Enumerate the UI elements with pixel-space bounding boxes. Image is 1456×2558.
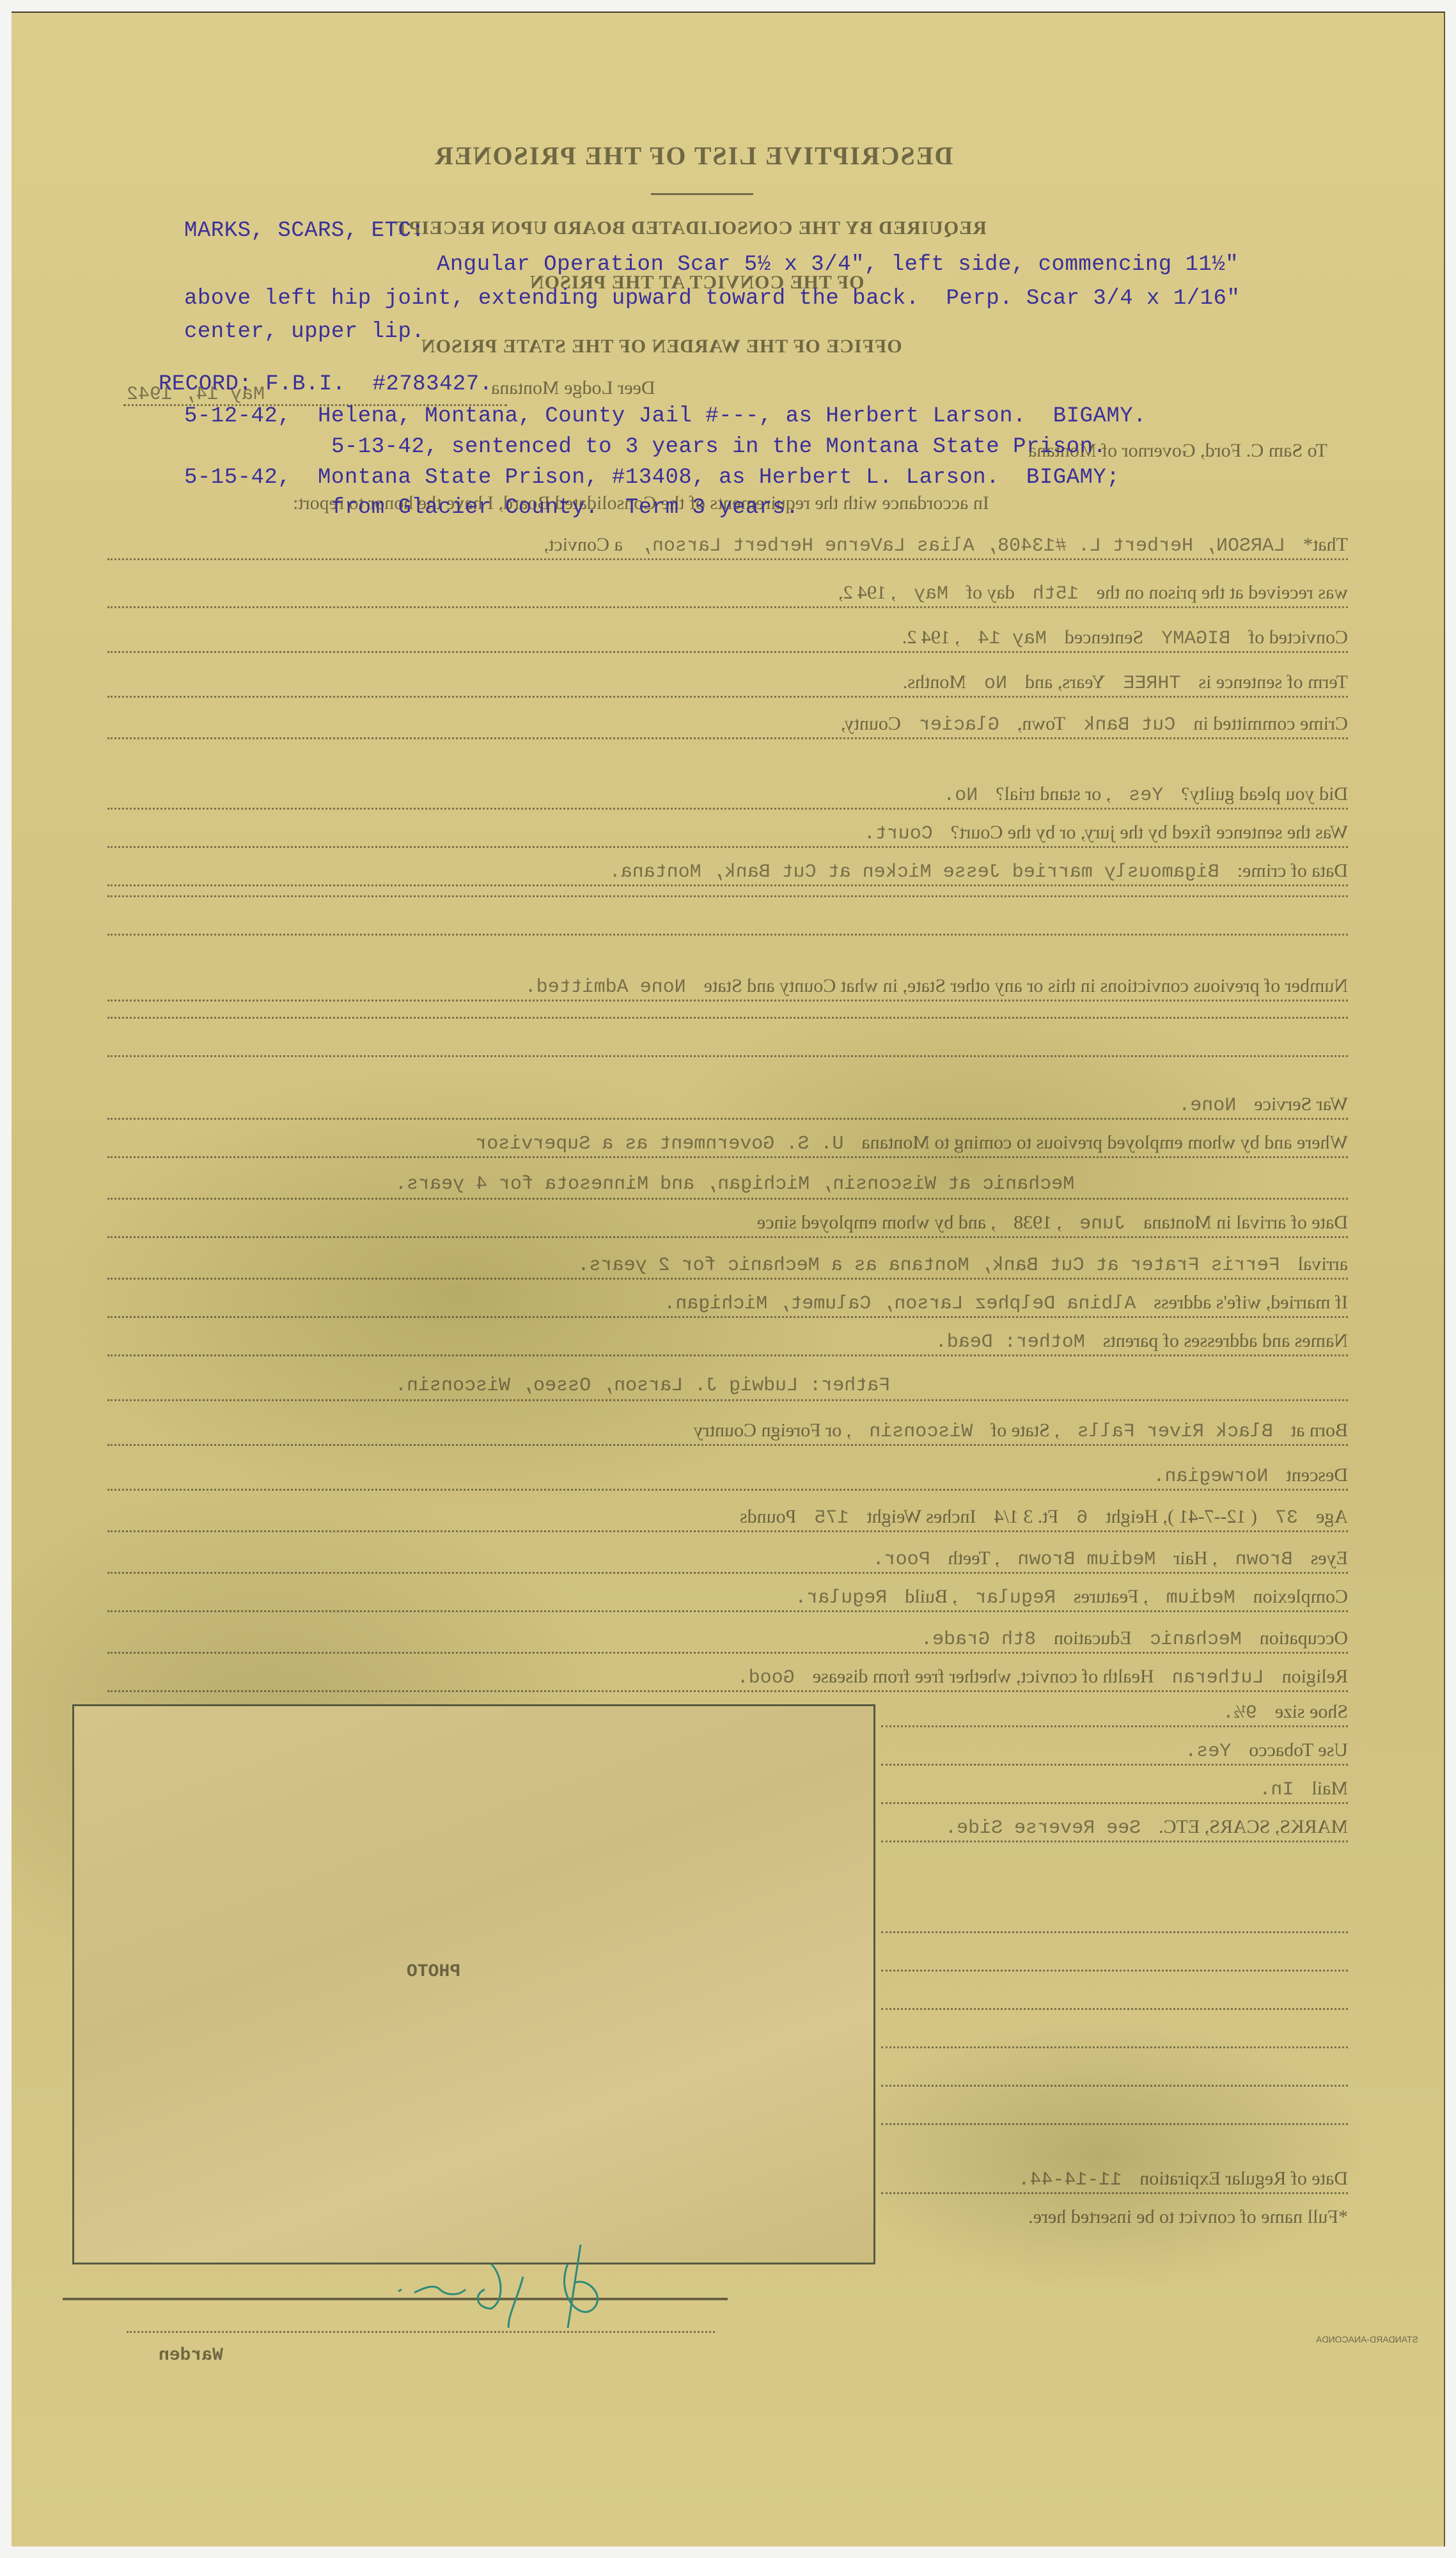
form-label: Born at <box>1291 1420 1348 1441</box>
form-value: LARSON, Herbert L. #13408, Alias LaVerne… <box>641 535 1285 557</box>
form-label: Was the sentence fixed by the jury, or b… <box>951 822 1348 844</box>
form-title: DESCRIPTIVE LIST OF THE PRISONER <box>434 141 953 171</box>
form-label: That* <box>1303 534 1348 556</box>
form-value: Good. <box>737 1667 795 1689</box>
form-value: None. <box>1178 1095 1236 1117</box>
form-value: Court. <box>864 823 933 845</box>
form-label: MARKS, SCARS, ETC. <box>1159 1816 1348 1838</box>
form-value: May 14 <box>978 628 1047 650</box>
form-value: In. <box>1259 1779 1294 1801</box>
warden-signature <box>312 2238 632 2328</box>
form-label: Did you plead guilty? <box>1181 783 1348 805</box>
form-value: 37 <box>1275 1507 1298 1529</box>
form-value: Albina Delphez Larson, Calumet, Michigan… <box>664 1293 1136 1315</box>
record-line-2: 5-13-42, sentenced to 3 years in the Mon… <box>331 435 1106 459</box>
form-value: Medium Brown <box>1017 1549 1155 1571</box>
form-row: Did you plead guilty?Yes, or stand trial… <box>107 783 1348 806</box>
form-value: Regular. <box>795 1587 887 1609</box>
form-value: May <box>914 583 948 605</box>
form-value: June <box>1079 1213 1125 1235</box>
form-value: 15th <box>1033 583 1079 605</box>
form-row: OccupationMechanicEducation8th Grade. <box>107 1628 1348 1651</box>
form-row: Where and by whom employed previous to c… <box>107 1132 1348 1155</box>
form-value: Regular <box>975 1587 1056 1609</box>
photo-label: PHOTO <box>407 1962 460 1982</box>
form-row: Was the sentence fixed by the jury, or b… <box>107 822 1348 845</box>
record-line-1: 5-12-42, Helena, Montana, County Jail #-… <box>184 404 1147 428</box>
form-row: was received at the prison on the15thday… <box>107 582 1348 605</box>
printer-mark: STANDARD-ANACONDA <box>1316 2334 1418 2344</box>
form-label: Where and by whom employed previous to c… <box>861 1132 1348 1154</box>
form-label: *Full name of convict to be inserted her… <box>1028 2206 1348 2228</box>
form-value: Brown <box>1235 1549 1293 1571</box>
form-label: Inches Weight <box>866 1506 976 1528</box>
form-row: Age37( 12--7-41 ), Height6Ft. 3 1/4Inche… <box>107 1506 1348 1529</box>
form-row: ComplexionMedium, FeaturesRegular, Build… <box>107 1586 1348 1609</box>
form-row: DescentNorwegian. <box>107 1464 1348 1487</box>
form-label: Education <box>1054 1628 1132 1649</box>
form-label: , 194 2. <box>902 627 960 648</box>
form-label: , Teeth <box>948 1548 1000 1569</box>
form-row: ReligionLutheranHealth of convict, wheth… <box>107 1666 1348 1689</box>
form-label: Names and addresses of parents <box>1103 1330 1348 1352</box>
form-label: day of <box>966 582 1015 604</box>
form-label: arrival <box>1298 1253 1348 1275</box>
form-row: EyesBrown, HairMedium Brown, TeethPoor. <box>107 1548 1348 1571</box>
record-line-4: from Glacier County. Term 3 years. <box>331 496 799 520</box>
form-value: Norwegian. <box>1153 1466 1268 1487</box>
form-row: That*LARSON, Herbert L. #13408, Alias La… <box>107 534 1348 557</box>
form-subheader-1: REQUIRED BY THE CONSOLIDATED BOARD UPON … <box>395 217 987 239</box>
form-label: Eyes <box>1311 1548 1348 1569</box>
form-value: THREE <box>1123 673 1180 694</box>
form-row: arrivalFerris Frater at Cut Bank, Montan… <box>107 1253 1348 1276</box>
form-label: , and by whom employed since <box>757 1212 996 1234</box>
form-label: Shoe size <box>1275 1701 1348 1723</box>
form-value: Ferris Frater at Cut Bank, Montana as a … <box>578 1255 1280 1276</box>
marks-line-2: above left hip joint, extending upward t… <box>184 286 1240 311</box>
form-value: Lutheran <box>1172 1667 1264 1689</box>
form-value: Cut Bank <box>1083 714 1175 736</box>
form-value: 8th Grade. <box>921 1629 1036 1651</box>
photo-box: PHOTO <box>72 1704 875 2264</box>
form-value: Glacier <box>919 714 999 736</box>
form-value: Medium <box>1166 1587 1235 1609</box>
form-label: , 194 2, <box>838 582 896 604</box>
form-label: Complexion <box>1253 1586 1348 1608</box>
form-row: Date of Regular Expiration11-14-44. <box>881 2168 1348 2191</box>
form-row: War ServiceNone. <box>107 1094 1348 1117</box>
form-row: Shoe size9½. <box>881 1701 1348 1724</box>
form-row: Names and addresses of parentsMother: De… <box>107 1330 1348 1353</box>
form-row: Born atBlack River Falls, State ofWiscon… <box>107 1420 1348 1443</box>
form-label: Years, and <box>1025 671 1105 693</box>
form-label: , Build <box>905 1586 957 1608</box>
form-label: , or stand trial? <box>996 783 1111 805</box>
form-value: 6 <box>1076 1507 1088 1529</box>
form-value: Yes <box>1129 785 1163 806</box>
form-label: Religion <box>1282 1666 1348 1688</box>
form-label: If married, wife's address <box>1154 1292 1348 1314</box>
marks-heading: MARKS, SCARS, ETC: <box>184 219 425 243</box>
form-label: Health of convict, whether free from dis… <box>813 1666 1154 1688</box>
form-label: ( 12--7-41 ), Height <box>1106 1506 1257 1528</box>
title-rule <box>651 193 753 195</box>
form-label: , State of <box>990 1420 1059 1441</box>
form-value: Wisconsin <box>869 1421 973 1443</box>
record-line-3: 5-15-42, Montana State Prison, #13408, a… <box>184 466 1120 490</box>
form-label: Pounds <box>740 1506 796 1528</box>
form-value-line2: Father: Ludwig J. Larson, Osseo, Wiscons… <box>395 1375 890 1397</box>
form-value: 11-14-44. <box>1018 2169 1122 2191</box>
form-value: Black River Falls <box>1077 1421 1273 1443</box>
form-row: Crime committed inCut BankTown,GlacierCo… <box>107 713 1348 736</box>
form-label: Date of Regular Expiration <box>1139 2168 1348 2190</box>
form-label: Use Tobacco <box>1249 1739 1348 1761</box>
document-sheet: DESCRIPTIVE LIST OF THE PRISONER REQUIRE… <box>12 12 1445 2546</box>
form-label: a Convict, <box>544 534 623 556</box>
form-label: Age <box>1316 1506 1348 1528</box>
record-heading: RECORD: F.B.I. #2783427. <box>159 372 493 396</box>
form-row: *Full name of convict to be inserted her… <box>881 2206 1348 2228</box>
form-value: 175 <box>814 1507 849 1529</box>
form-value: Bigamously married Jesse Micken at Cut B… <box>609 861 1219 883</box>
form-value: See Reverse Side. <box>945 1817 1141 1839</box>
form-row: MARKS, SCARS, ETC.See Reverse Side. <box>881 1816 1348 1839</box>
form-label: Occupation <box>1260 1628 1348 1649</box>
form-label: Ft. 3 1/4 <box>994 1506 1059 1528</box>
form-row: Date of arrival in MontanaJune, 1938, an… <box>107 1212 1348 1235</box>
form-label: was received at the prison on the <box>1097 582 1348 604</box>
form-label: , 1938 <box>1014 1212 1061 1234</box>
form-label: Months. <box>903 671 966 693</box>
form-label: War Service <box>1254 1094 1348 1115</box>
form-value: BIGAMY <box>1161 628 1230 650</box>
form-label: Date of arrival in Montana <box>1143 1212 1348 1234</box>
marks-line-3: center, upper lip. <box>184 320 425 344</box>
form-value: Yes. <box>1185 1741 1231 1762</box>
place-date: Deer Lodge Montana <box>491 377 655 399</box>
form-row: Term of sentence isTHREEYears, andNoMont… <box>107 671 1348 694</box>
form-value: No <box>984 673 1007 694</box>
form-row: If married, wife's addressAlbina Delphez… <box>107 1292 1348 1315</box>
form-label: Town, <box>1017 713 1065 735</box>
form-subheader-3: OFFICE OF THE WARDEN OF THE STATE PRISON <box>421 336 902 357</box>
form-row: Use TobaccoYes. <box>881 1739 1348 1762</box>
form-label: , Features <box>1074 1586 1148 1608</box>
form-value: No. <box>943 785 978 806</box>
form-label: , or Foreign Country <box>694 1420 852 1441</box>
form-row: MailIn. <box>881 1778 1348 1801</box>
form-label: , Hair <box>1173 1548 1217 1569</box>
form-label: Data of crime: <box>1237 860 1348 882</box>
form-label: Number of previous convictions in this o… <box>704 975 1348 997</box>
form-value: 9½. <box>1223 1702 1257 1724</box>
form-label: Term of sentence is <box>1198 671 1348 693</box>
form-value: Mechanic <box>1150 1629 1242 1651</box>
form-value: None Admitted. <box>525 977 686 998</box>
form-value: Mother: Dead. <box>935 1331 1085 1353</box>
form-value-line2: Mechanic at Wisconsin, Michigan, and Min… <box>395 1173 1074 1195</box>
form-value: U. S. Government as a Supervisor <box>475 1133 843 1155</box>
form-label: Sentenced <box>1065 627 1143 648</box>
form-label: Convicted of <box>1248 627 1348 648</box>
form-row: Convicted ofBIGAMYSentencedMay 14, 194 2… <box>107 627 1348 650</box>
form-label: Descent <box>1286 1464 1348 1486</box>
form-row: Data of crime:Bigamously married Jesse M… <box>107 860 1348 883</box>
warden-label: Warden <box>159 2346 223 2366</box>
marks-line-1: Angular Operation Scar 5½ x 3/4", left s… <box>437 253 1239 277</box>
form-label: County, <box>841 713 901 735</box>
form-value: Poor. <box>873 1549 930 1571</box>
form-label: Crime committed in <box>1193 713 1348 735</box>
form-row: Number of previous convictions in this o… <box>107 975 1348 998</box>
form-label: Mail <box>1311 1778 1348 1800</box>
